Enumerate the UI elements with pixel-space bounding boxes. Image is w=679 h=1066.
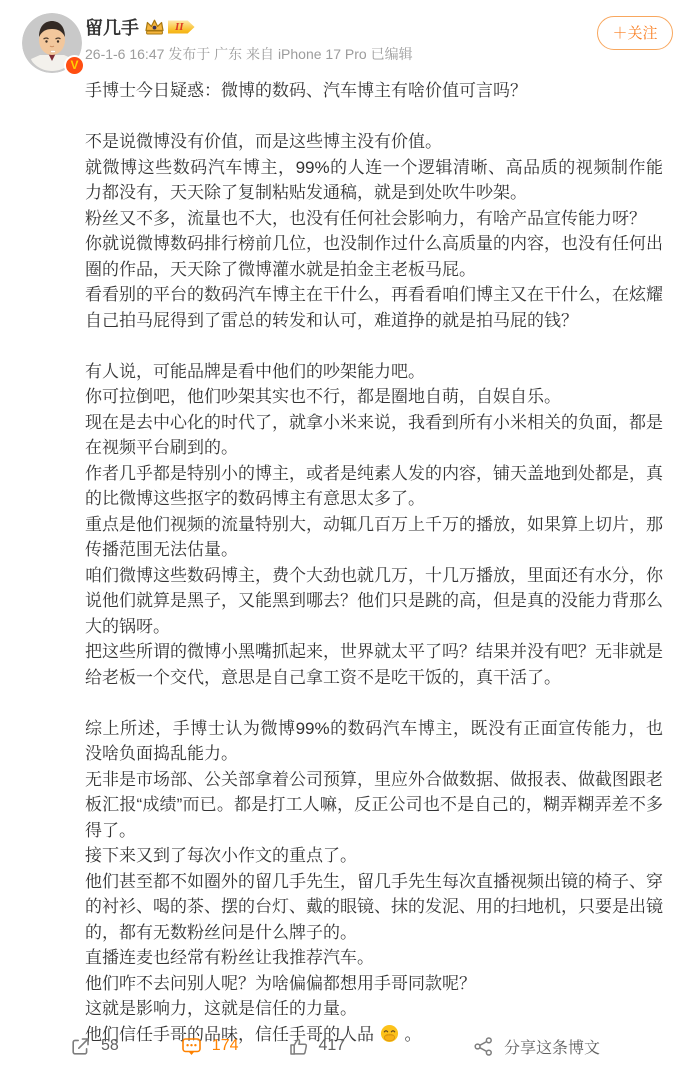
post-paragraph: 咱们微博这些数码博主，费个大劲也就几万，十几万播放，里面还有水分，你说他们就算是… xyxy=(85,563,663,640)
share-label: 分享这条博文 xyxy=(504,1035,600,1058)
vip-level-badge: II xyxy=(168,19,195,36)
post-paragraph: 接下来又到了每次小作文的重点了。 xyxy=(85,843,663,869)
weibo-post: V 留几手 II 26-1-6 16:47 发布于 广东 来自 iPhone 1… xyxy=(0,0,679,1066)
post-content: 手博士今日疑惑：微博的数码、汽车博主有啥价值可言吗？不是说微博没有价值，而是这些… xyxy=(85,78,663,1047)
post-paragraph: 把这些所谓的微博小黑嘴抓起来，世界就太平了吗？结果并没有吧？无非就是给老板一个交… xyxy=(85,639,663,690)
post-paragraph: 看看别的平台的数码汽车博主在干什么，再看看咱们博主又在干什么，在炫耀自己拍马屁得… xyxy=(85,282,663,333)
repost-icon xyxy=(70,1036,91,1057)
post-paragraph: 综上所述，手博士认为微博99%的数码汽车博主，既没有正面宣传能力，也没啥负面捣乱… xyxy=(85,716,663,767)
comment-count: 174 xyxy=(212,1037,239,1055)
comment-bubble-icon xyxy=(181,1036,202,1057)
post-toolbar: 58 174 417 xyxy=(0,1026,679,1066)
comment-button[interactable]: 174 xyxy=(181,1036,239,1057)
author-name[interactable]: 留几手 xyxy=(85,14,139,40)
post-paragraph: 这就是影响力，这就是信任的力量。 xyxy=(85,996,663,1022)
thumbs-up-icon xyxy=(288,1036,309,1057)
post-paragraph: 重点是他们视频的流量特别大，动辄几百万上千万的播放，如果算上切片，那传播范围无法… xyxy=(85,512,663,563)
author-row: 留几手 II xyxy=(85,14,195,40)
like-count: 417 xyxy=(319,1037,346,1055)
crown-icon xyxy=(144,18,165,36)
like-button[interactable]: 417 xyxy=(288,1036,346,1057)
avatar[interactable]: V xyxy=(22,13,82,73)
repost-button[interactable]: 58 xyxy=(70,1036,119,1057)
verified-v-badge: V xyxy=(64,55,85,76)
post-paragraph: 你可拉倒吧，他们吵架其实也不行，都是圈地自萌，自娱自乐。 xyxy=(85,384,663,410)
post-paragraph: 现在是去中心化的时代了，就拿小米来说，我看到所有小米相关的负面，都是在视频平台刷… xyxy=(85,410,663,461)
post-meta: 26-1-6 16:47 发布于 广东 来自 iPhone 17 Pro 已编辑 xyxy=(85,44,413,64)
follow-button[interactable]: ＋关注 xyxy=(597,16,673,50)
post-paragraph: 就微博这些数码汽车博主，99%的人连一个逻辑清晰、高品质的视频制作能力都没有，天… xyxy=(85,155,663,206)
post-paragraph: 直播连麦也经常有粉丝让我推荐汽车。 xyxy=(85,945,663,971)
post-paragraph: 他们甚至都不如圈外的留几手先生，留几手先生每次直播视频出镜的椅子、穿的衬衫、喝的… xyxy=(85,869,663,946)
post-paragraph: 你就说微博数码排行榜前几位，也没制作过什么高质量的内容，也没有任何出圈的作品，天… xyxy=(85,231,663,282)
post-paragraph: 手博士今日疑惑：微博的数码、汽车博主有啥价值可言吗？ xyxy=(85,78,663,104)
share-button[interactable]: 分享这条博文 xyxy=(473,1035,600,1058)
repost-count: 58 xyxy=(101,1037,119,1055)
post-paragraph: 粉丝又不多，流量也不大，也没有任何社会影响力，有啥产品宣传能力呀？ xyxy=(85,206,663,232)
post-paragraph: 他们咋不去问别人呢？为啥偏偏都想用手哥同款呢？ xyxy=(85,971,663,997)
post-paragraph: 作者几乎都是特别小的博主，或者是纯素人发的内容，铺天盖地到处都是，真的比微博这些… xyxy=(85,461,663,512)
share-nodes-icon xyxy=(473,1036,494,1057)
post-paragraph: 无非是市场部、公关部拿着公司预算，里应外合做数据、做报表、做截图跟老板汇报“成绩… xyxy=(85,767,663,844)
post-paragraph: 不是说微博没有价值，而是这些博主没有价值。 xyxy=(85,129,663,155)
post-paragraph: 有人说，可能品牌是看中他们的吵架能力吧。 xyxy=(85,359,663,385)
